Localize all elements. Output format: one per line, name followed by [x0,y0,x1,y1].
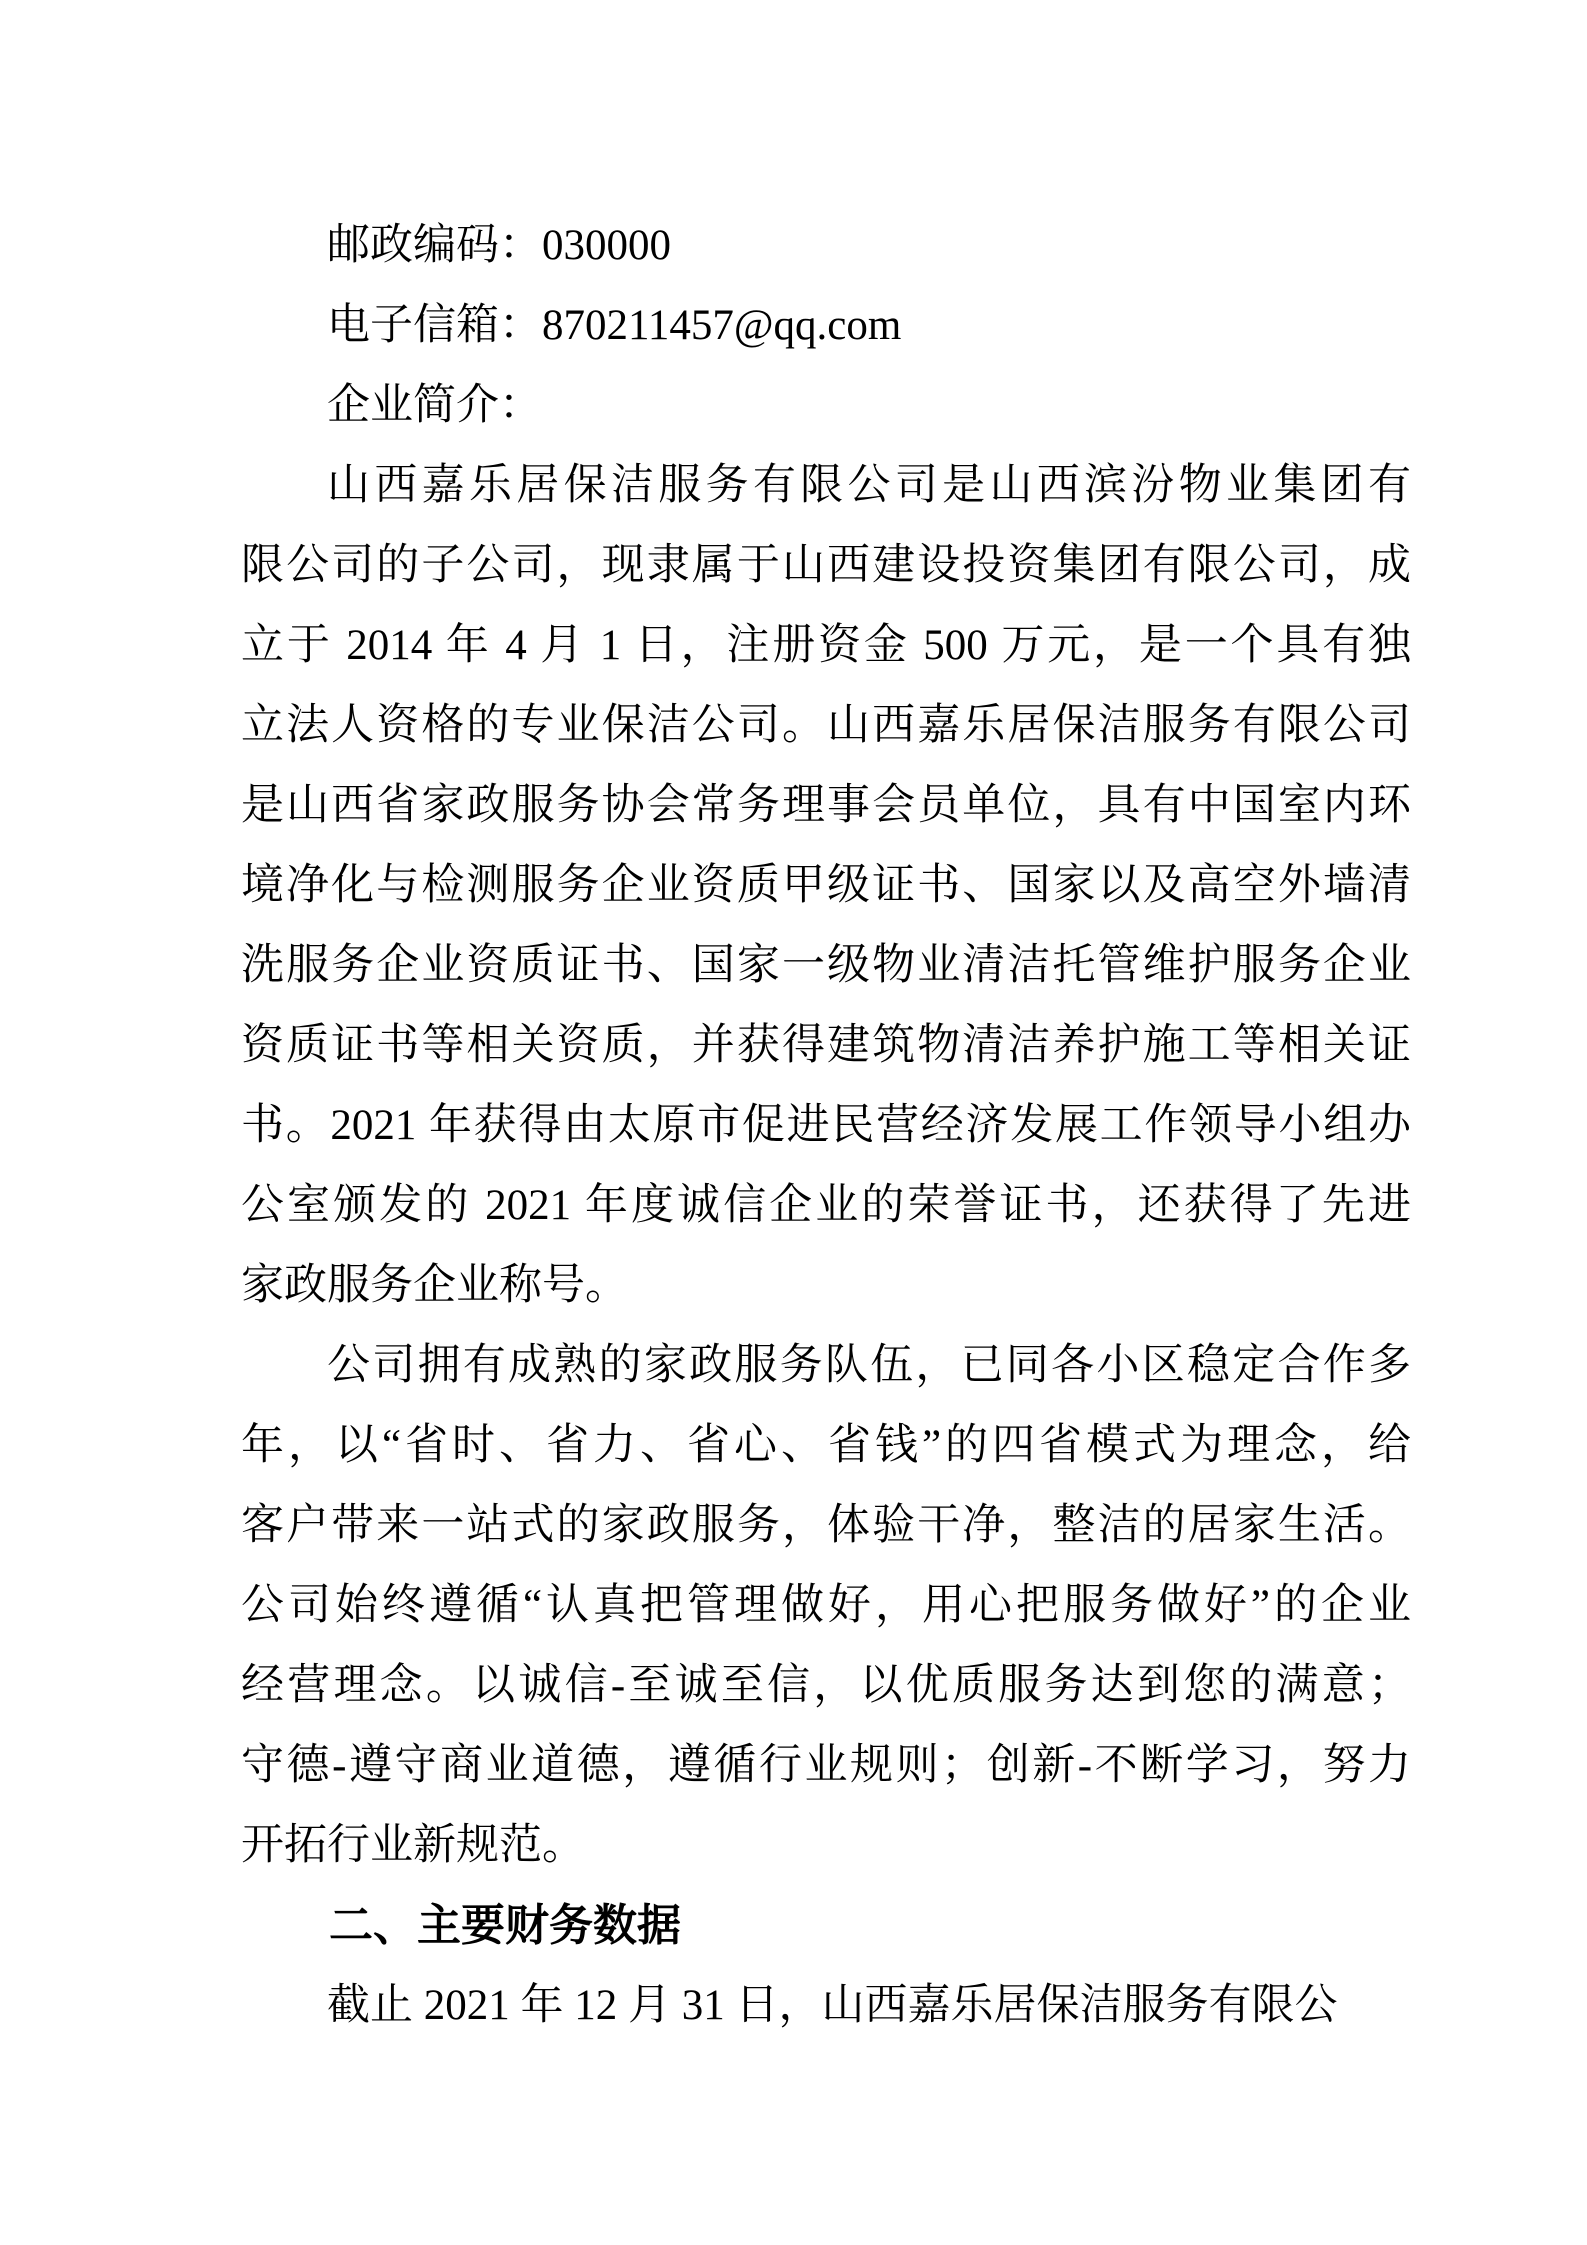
philosophy-paragraph-line: 守德-遵守商业道德，遵循行业规则；创新-不断学习，努力 [241,1726,1411,1806]
company-philosophy-paragraph: 公司拥有成熟的家政服务队伍，已同各小区稳定合作多 年，以“省时、省力、省心、省钱… [241,1326,1411,1886]
document-page: 邮政编码：030000 电子信箱：870211457@qq.com 企业简介： … [0,0,1587,2245]
philosophy-paragraph-line: 经营理念。以诚信-至诚至信，以优质服务达到您的满意； [241,1646,1411,1726]
company-profile-paragraph: 山西嘉乐居保洁服务有限公司是山西滨汾物业集团有 限公司的子公司，现隶属于山西建设… [241,446,1411,1326]
philosophy-paragraph-line: 年，以“省时、省力、省心、省钱”的四省模式为理念，给 [241,1406,1411,1486]
profile-paragraph-line: 限公司的子公司，现隶属于山西建设投资集团有限公司，成 [241,526,1411,606]
profile-paragraph-line: 立法人资格的专业保洁公司。山西嘉乐居保洁服务有限公司 [241,686,1411,766]
profile-paragraph-line: 立于 2014 年 4 月 1 日，注册资金 500 万元，是一个具有独 [241,606,1411,686]
profile-paragraph-line: 书。2021 年获得由太原市促进民营经济发展工作领导小组办 [241,1086,1411,1166]
profile-label-line: 企业简介： [241,366,1411,446]
email-line: 电子信箱：870211457@qq.com [241,286,1411,366]
profile-paragraph-line: 境净化与检测服务企业资质甲级证书、国家以及高空外墙清 [241,846,1411,926]
philosophy-paragraph-line: 公司始终遵循“认真把管理做好，用心把服务做好”的企业 [241,1566,1411,1646]
financial-intro-line: 截止 2021 年 12 月 31 日，山西嘉乐居保洁服务有限公 [241,1966,1411,2046]
postal-code-line: 邮政编码：030000 [241,206,1411,286]
profile-paragraph-line: 山西嘉乐居保洁服务有限公司是山西滨汾物业集团有 [241,446,1411,526]
profile-paragraph-line: 家政服务企业称号。 [241,1246,1411,1326]
profile-paragraph-line: 资质证书等相关资质，并获得建筑物清洁养护施工等相关证 [241,1006,1411,1086]
profile-paragraph-line: 洗服务企业资质证书、国家一级物业清洁托管维护服务企业 [241,926,1411,1006]
section-heading: 二、主要财务数据 [241,1886,1411,1966]
philosophy-paragraph-line: 客户带来一站式的家政服务，体验干净，整洁的居家生活。 [241,1486,1411,1566]
document-content: 邮政编码：030000 电子信箱：870211457@qq.com 企业简介： … [241,206,1411,2046]
profile-paragraph-line: 是山西省家政服务协会常务理事会员单位，具有中国室内环 [241,766,1411,846]
profile-paragraph-line: 公室颁发的 2021 年度诚信企业的荣誉证书，还获得了先进 [241,1166,1411,1246]
contact-info-section: 邮政编码：030000 电子信箱：870211457@qq.com 企业简介： [241,206,1411,446]
philosophy-paragraph-line: 开拓行业新规范。 [241,1806,1411,1886]
philosophy-paragraph-line: 公司拥有成熟的家政服务队伍，已同各小区稳定合作多 [241,1326,1411,1406]
